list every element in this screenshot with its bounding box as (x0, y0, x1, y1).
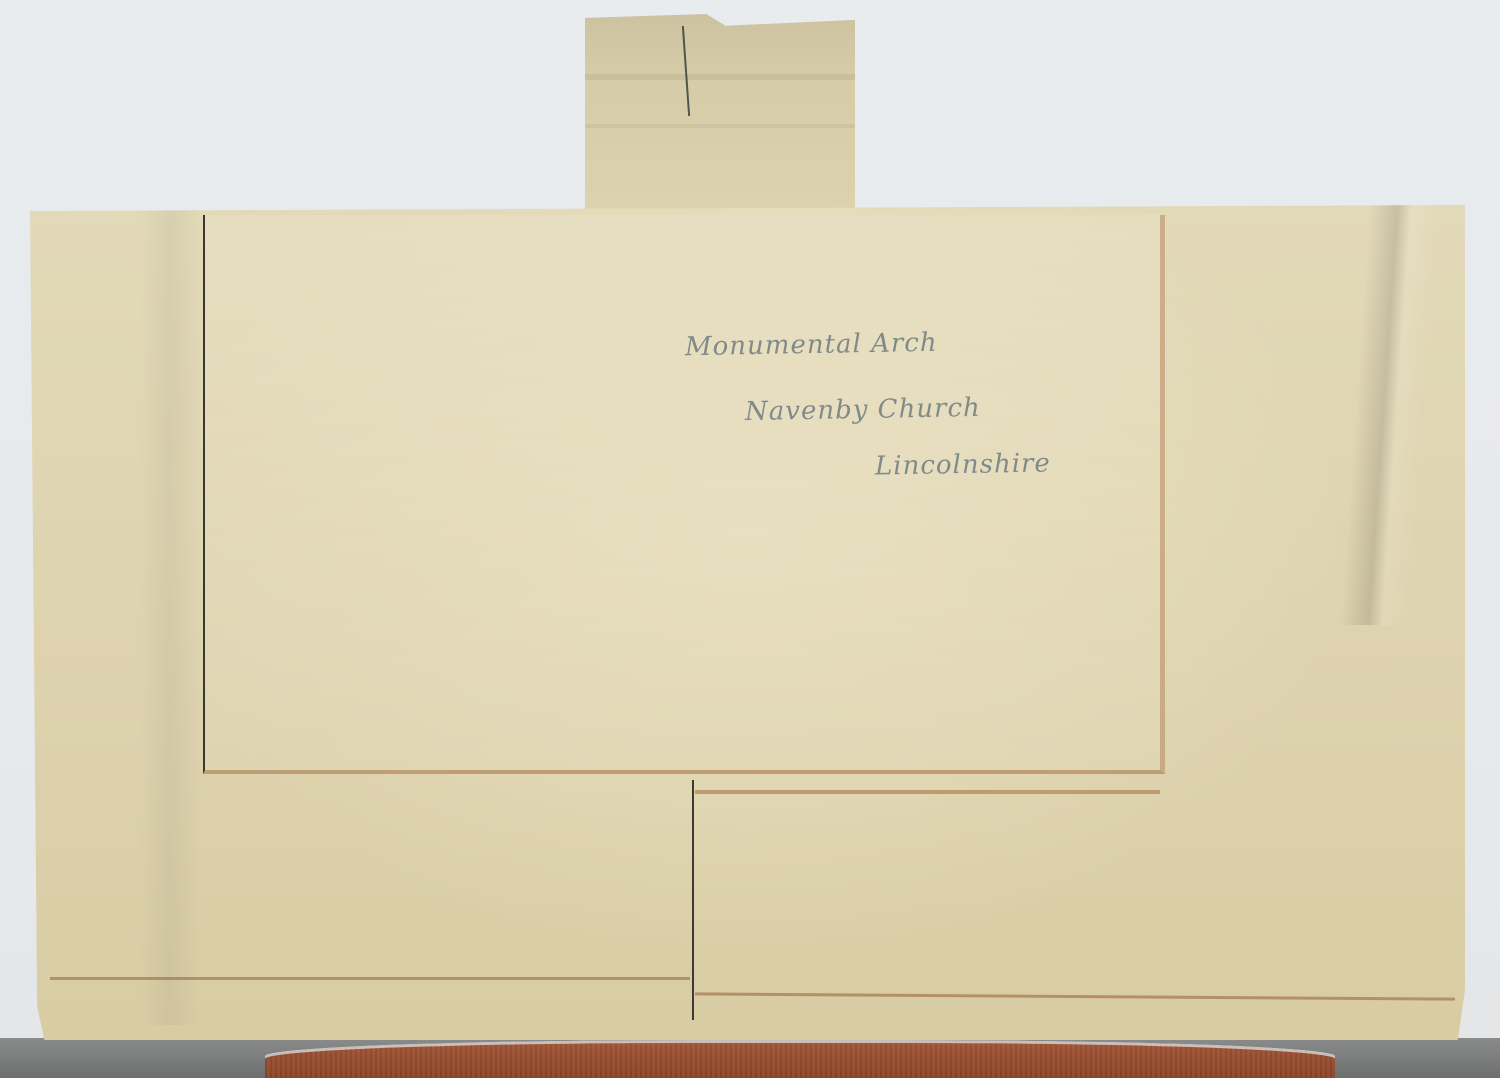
glue-stain-right (695, 992, 1455, 1000)
inscription-line-1: Monumental Arch (685, 328, 938, 362)
mount-outline (203, 215, 1165, 774)
paper-tab-top (585, 14, 855, 210)
photo-scene: Monumental Arch Navenby Church Lincolnsh… (0, 0, 1500, 1078)
tab-fold-line-2 (585, 124, 855, 128)
wooden-stand (265, 1040, 1335, 1078)
mount-outline-step (695, 770, 1160, 794)
crease-fold-right (1340, 205, 1439, 625)
inscription-line-3: Lincolnshire (875, 448, 1051, 481)
crease-shadow-left (140, 205, 200, 1025)
paper-sheet: Monumental Arch Navenby Church Lincolnsh… (30, 205, 1465, 1040)
inscription-line-2: Navenby Church (745, 393, 981, 427)
tab-fold-line (585, 74, 855, 80)
glue-stain-left (50, 977, 690, 980)
center-crease-line (692, 780, 694, 1020)
tab-tear (682, 26, 696, 116)
